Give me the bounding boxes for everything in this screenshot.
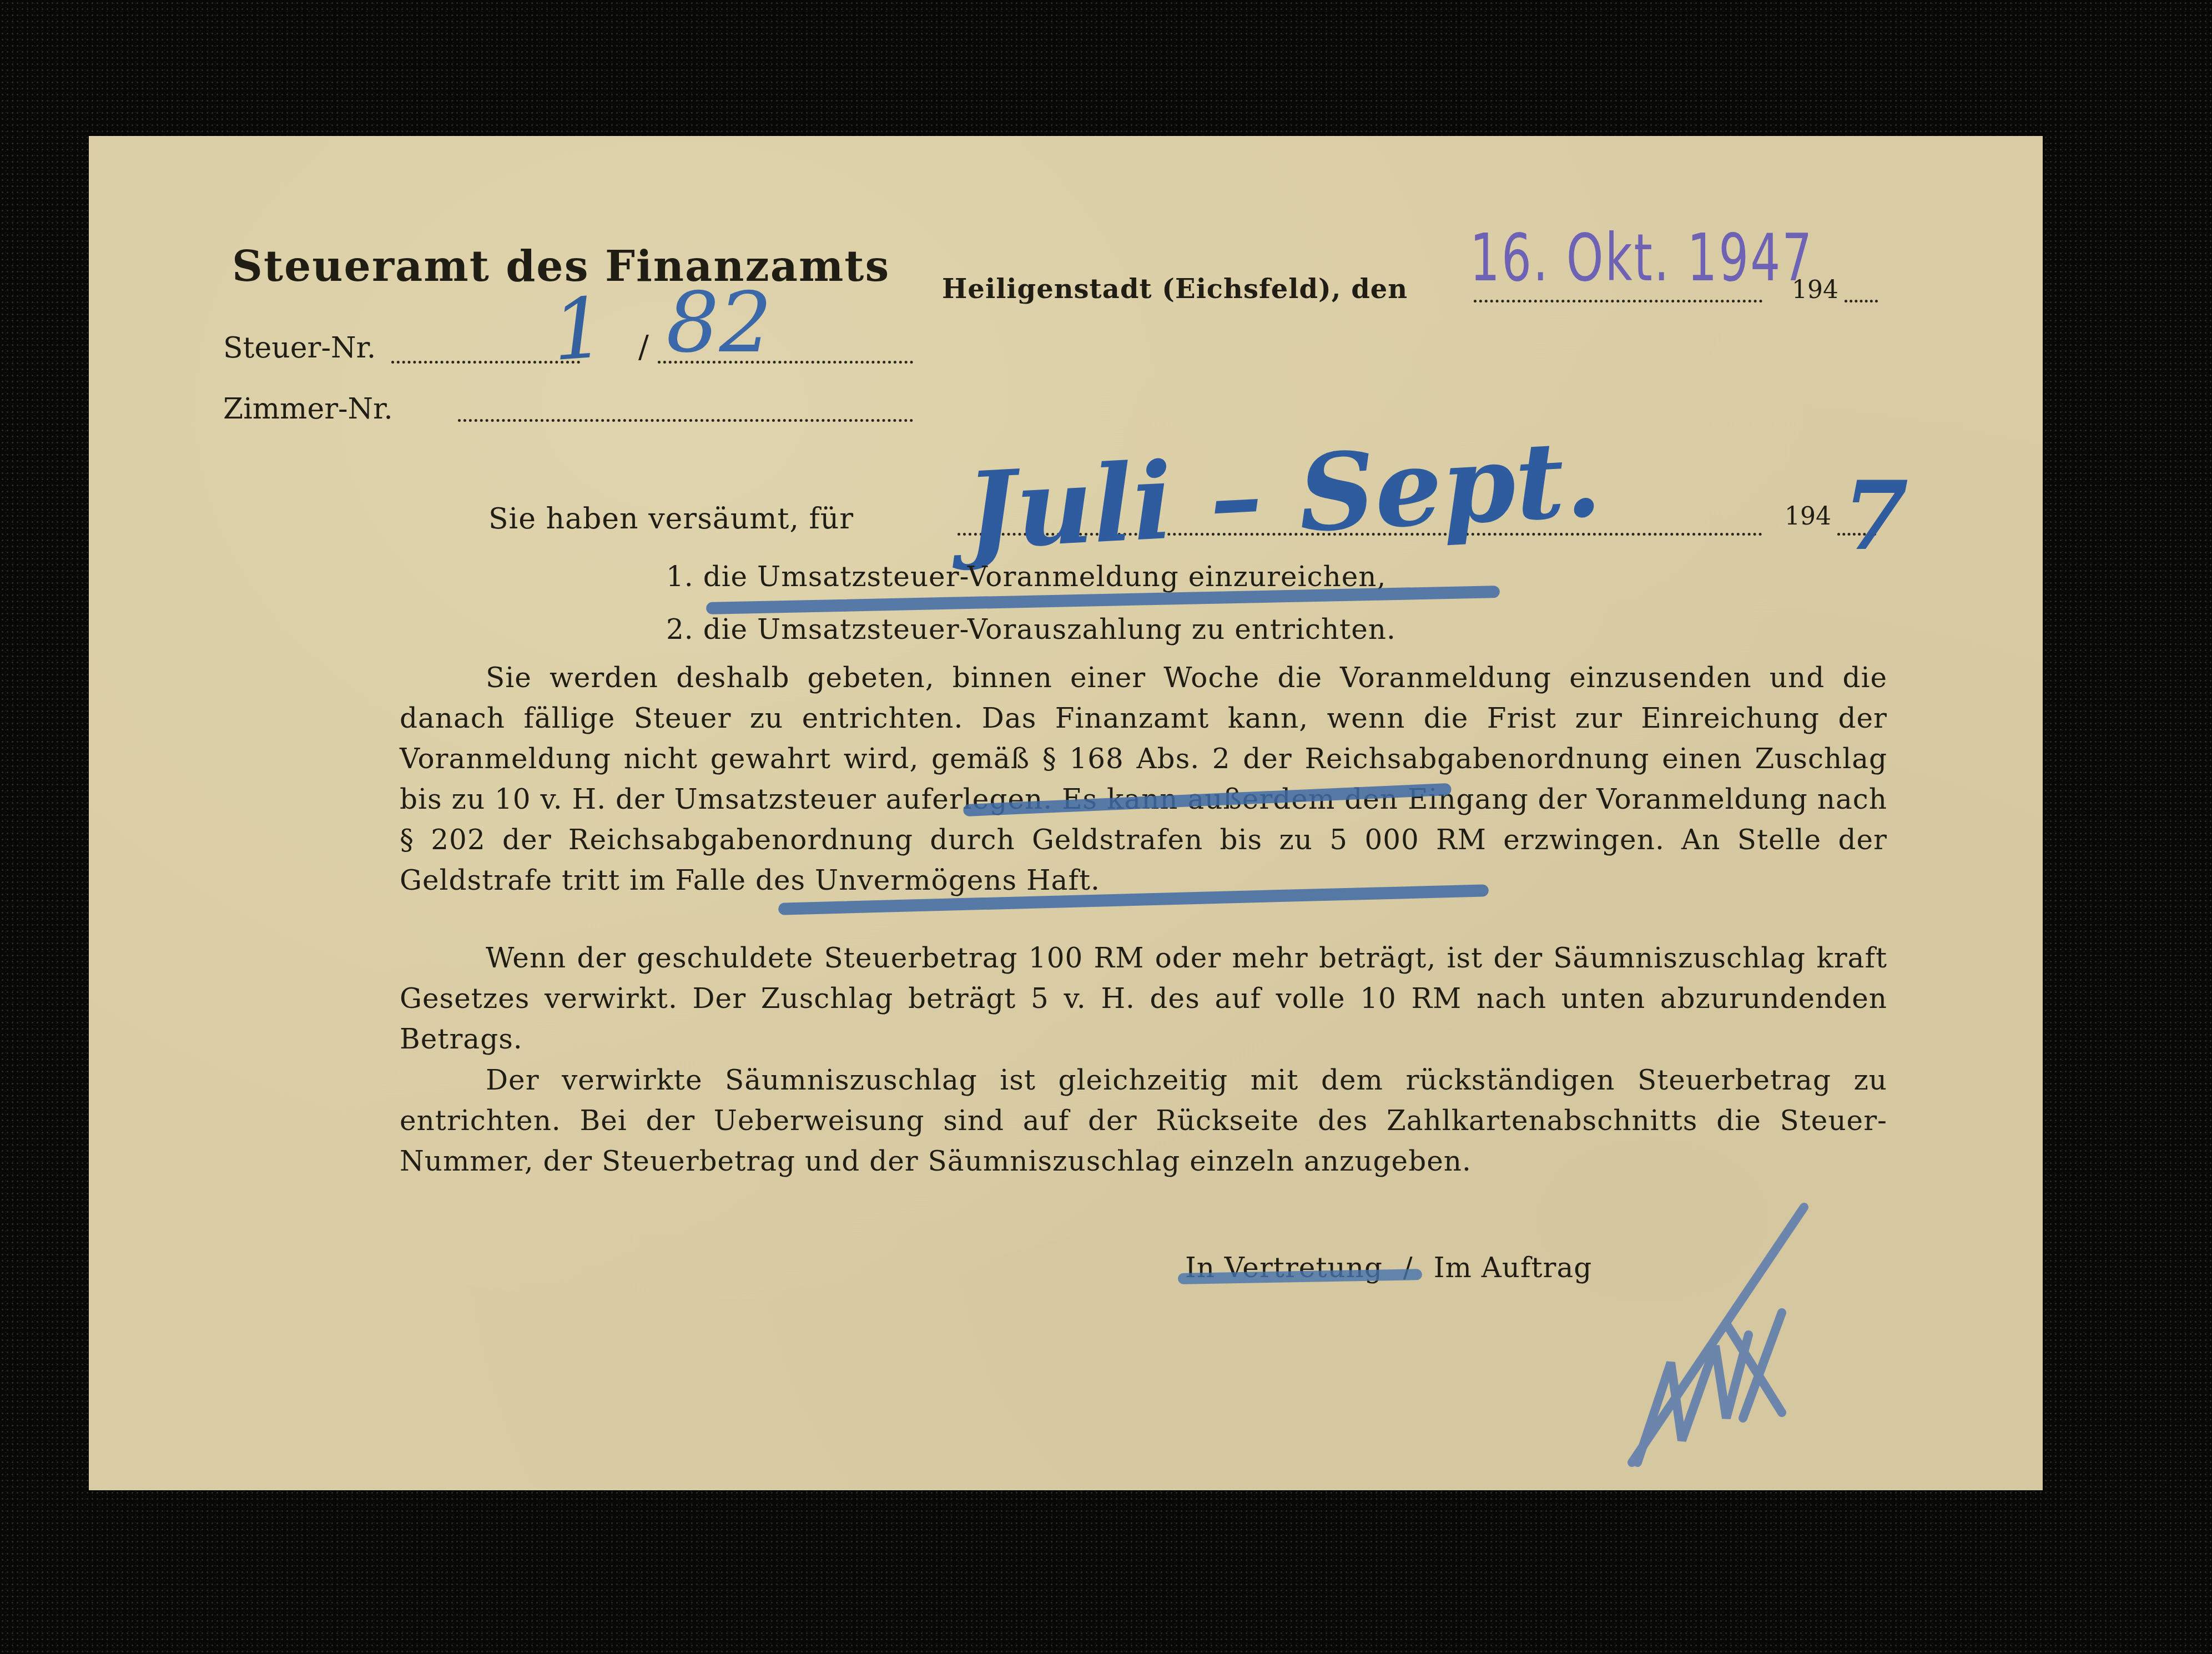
signature-icon	[1599, 1196, 1832, 1507]
paragraph-deadline: Sie werden deshalb gebeten, binnen einer…	[400, 658, 1887, 901]
tax-number-handwritten-1: 1	[549, 280, 608, 380]
tax-number-handwritten-2: 82	[666, 275, 772, 371]
paragraph-late-fee: Wenn der geschuldete Steuerbetrag 100 RM…	[400, 938, 1887, 1060]
place-date-text: Heiligenstadt (Eichsfeld), den	[942, 274, 1408, 305]
notice-item-1: 1. die Umsatzsteuer-Voranmeldung einzure…	[666, 561, 1386, 593]
paragraph-2-text: Wenn der geschuldete Steuerbetrag 100 RM…	[400, 938, 1887, 1060]
date-stamp: 16. Okt. 1947	[1470, 219, 1813, 296]
notice-item-1-number: 1.	[666, 561, 694, 593]
notice-item-1-text: die Umsatzsteuer-Voranmeldung einzureich…	[703, 561, 1387, 593]
paragraph-payment: Der verwirkte Säumniszuschlag ist gleich…	[400, 1060, 1887, 1182]
date-field	[1474, 300, 1762, 302]
notice-intro: Sie haben versäumt, für	[488, 502, 854, 536]
tax-number-field-1	[391, 361, 580, 364]
room-number-field	[458, 419, 913, 422]
tax-number-separator: /	[638, 329, 649, 365]
tax-notice-card: Steueramt des Finanzamts Steuer-Nr. / 1 …	[89, 136, 2043, 1490]
closing-selected-option: Im Auftrag	[1434, 1252, 1593, 1284]
paragraph-1-text: Sie werden deshalb gebeten, binnen einer…	[400, 658, 1887, 901]
period-handwritten: Juli – Sept.	[963, 416, 1604, 573]
notice-item-2-number: 2.	[666, 613, 694, 646]
paragraph-3-text: Der verwirkte Säumniszuschlag ist gleich…	[400, 1060, 1887, 1182]
room-number-label: Zimmer-Nr.	[223, 392, 393, 426]
tax-number-label: Steuer-Nr.	[223, 331, 376, 365]
period-year-handwritten: 7	[1843, 461, 1908, 572]
period-year-prefix: 194	[1785, 502, 1831, 531]
date-year-field	[1845, 300, 1878, 302]
notice-item-2-text: die Umsatzsteuer-Vorauszahlung zu entric…	[703, 613, 1396, 646]
notice-item-2: 2. die Umsatzsteuer-Vorauszahlung zu ent…	[666, 613, 1396, 646]
